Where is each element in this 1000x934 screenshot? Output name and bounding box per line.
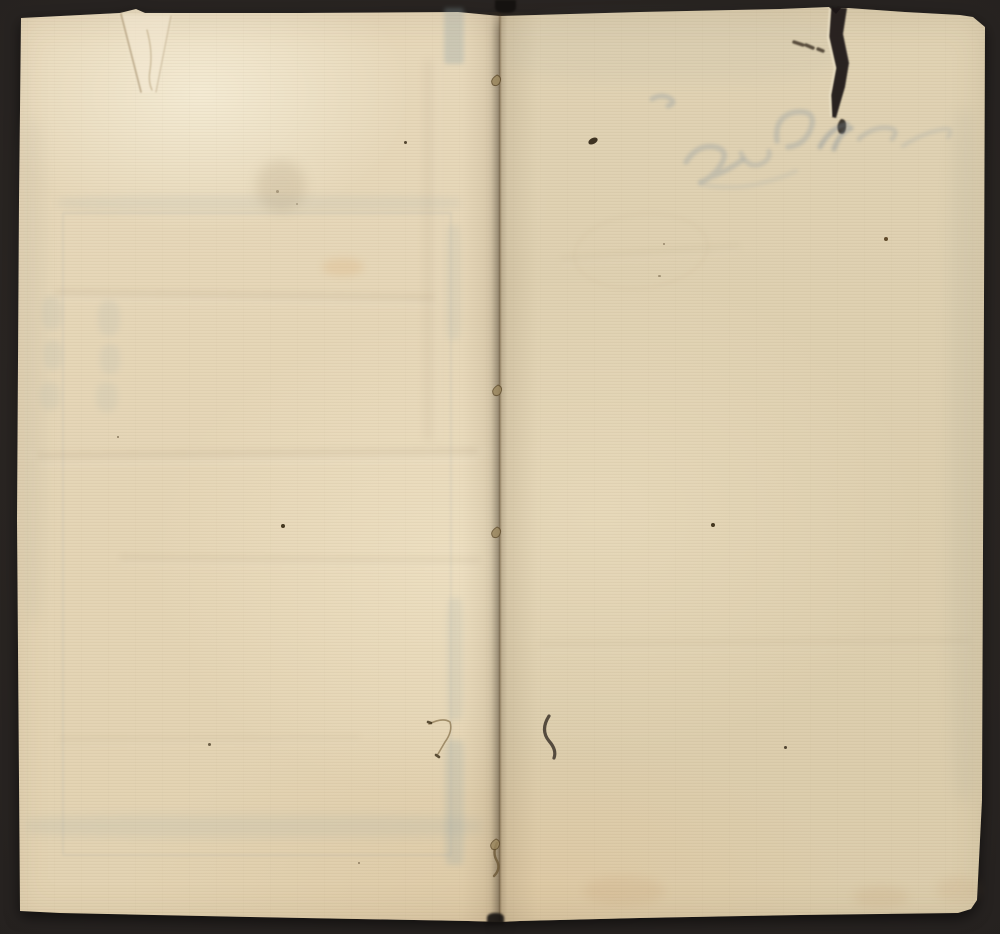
crease-shadow (540, 638, 970, 654)
spine-fold-line (499, 15, 501, 921)
crease-shadow (560, 244, 740, 267)
spine-bottom-gap (487, 913, 504, 925)
book-scan-backdrop (0, 0, 1000, 934)
spine-top-gap (495, 0, 516, 13)
